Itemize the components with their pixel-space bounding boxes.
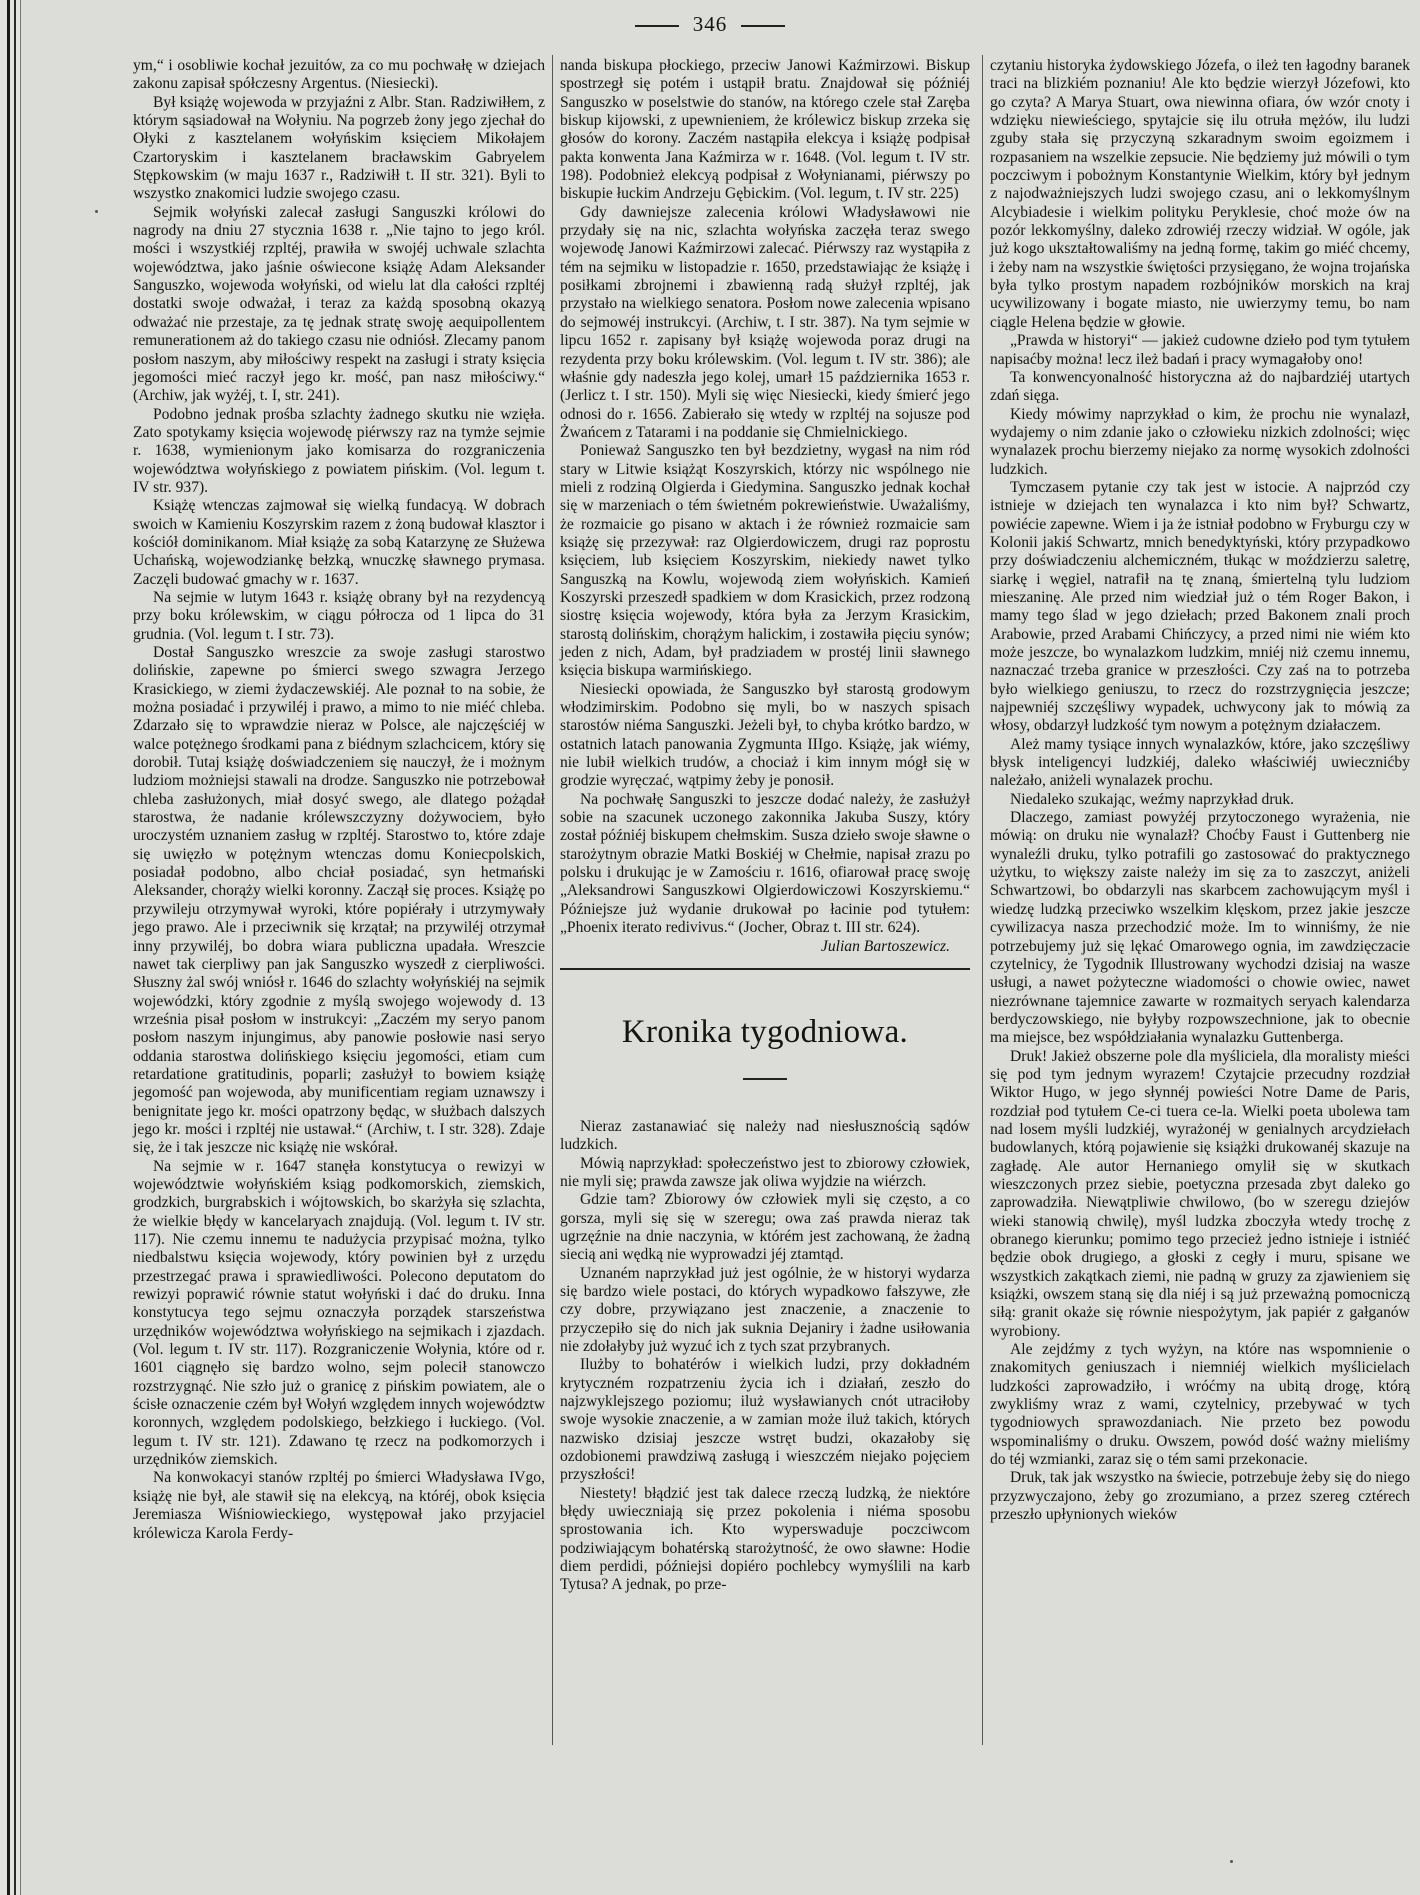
article-signature: Julian Bartoszewicz. — [560, 938, 970, 956]
page-binding-edge — [0, 0, 21, 1895]
paper-speck — [95, 210, 98, 213]
column-2: nanda biskupa płockiego, przeciw Janowi … — [560, 57, 970, 1595]
binding-rule — [14, 0, 16, 1895]
binding-rule — [7, 0, 10, 1895]
paragraph: „Prawda w historyi“ — jakież cudowne dzi… — [990, 332, 1410, 369]
column-divider — [552, 55, 553, 1745]
column-3: czytaniu historyka żydowskiego Józefa, o… — [990, 57, 1410, 1525]
section-title: Kronika tygodniowa. — [560, 1012, 970, 1052]
paragraph: Był książę wojewoda w przyjaźni z Albr. … — [133, 94, 545, 204]
paragraph: Podobno jednak prośba szlachty żadnego s… — [133, 406, 545, 498]
paragraph: Nieraz zastanawiać się należy nad niesłu… — [560, 1118, 970, 1155]
column-1: ym,“ i osobliwie kochał jezuitów, za co … — [133, 57, 545, 1543]
paragraph: nanda biskupa płockiego, przeciw Janowi … — [560, 57, 970, 204]
page-number-dash-left — [635, 25, 679, 27]
paragraph: Druk, tak jak wszystko na świecie, potrz… — [990, 1469, 1410, 1524]
paragraph: Uznaném naprzykład już jest ogólnie, że … — [560, 1265, 970, 1357]
paragraph: czytaniu historyka żydowskiego Józefa, o… — [990, 57, 1410, 332]
paragraph: Niedaleko szukając, weźmy naprzykład dru… — [990, 791, 1410, 809]
page-number-dash-right — [741, 25, 785, 27]
paper-speck — [1230, 1860, 1233, 1863]
paragraph: Tymczasem pytanie czy tak jest w istocie… — [990, 479, 1410, 736]
paragraph: Kiedy mówimy naprzykład o kim, że prochu… — [990, 406, 1410, 479]
paragraph: Na sejmie w r. 1647 stanęła konstytucya … — [133, 1158, 545, 1470]
paragraph: Na sejmie w lutym 1643 r. książę obrany … — [133, 589, 545, 644]
paragraph: Ilużby to bohatérów i wielkich ludzi, pr… — [560, 1356, 970, 1484]
paragraph: Mówią naprzykład: społeczeństwo jest to … — [560, 1155, 970, 1192]
paragraph: ym,“ i osobliwie kochał jezuitów, za co … — [133, 57, 545, 94]
paragraph: Druk! Jakież obszerne pole dla myśliciel… — [990, 1048, 1410, 1342]
column-divider — [982, 55, 983, 1745]
page-number-value: 346 — [693, 12, 728, 36]
page-number: 346 — [0, 12, 1420, 37]
paragraph: Na konwokacyi stanów rzpltéj po śmierci … — [133, 1469, 545, 1542]
paragraph: Gdy dawniejsze zalecenia królowi Władysł… — [560, 204, 970, 442]
paragraph: Gdzie tam? Zbiorowy ów człowiek myli się… — [560, 1191, 970, 1264]
paragraph: Ależ mamy tysiące innych wynalazków, któ… — [990, 736, 1410, 791]
paragraph: Książę wtenczas zajmował się wielką fund… — [133, 497, 545, 589]
paragraph: Dostał Sanguszko wreszcie za swoje zasłu… — [133, 644, 545, 1158]
paragraph: Ale zejdźmy z tych wyżyn, na które nas w… — [990, 1341, 1410, 1469]
paragraph: Sejmik wołyński zalecał zasługi Sanguszk… — [133, 204, 545, 406]
page-bottom-margin — [0, 1760, 1420, 1895]
section-separator — [560, 968, 970, 970]
paragraph: Ta konwencyonalność historyczna aż do na… — [990, 369, 1410, 406]
paragraph: Niesiecki opowiada, że Sanguszko był sta… — [560, 681, 970, 791]
paragraph: Dlaczego, zamiast powyżéj przytoczonego … — [990, 809, 1410, 1047]
title-ornament — [743, 1078, 787, 1080]
paragraph: Niestety! błądzić jest tak dalece rzeczą… — [560, 1485, 970, 1595]
paragraph: Na pochwałę Sanguszki to jeszcze dodać n… — [560, 791, 970, 938]
paragraph: Ponieważ Sanguszko ten był bezdzietny, w… — [560, 442, 970, 680]
